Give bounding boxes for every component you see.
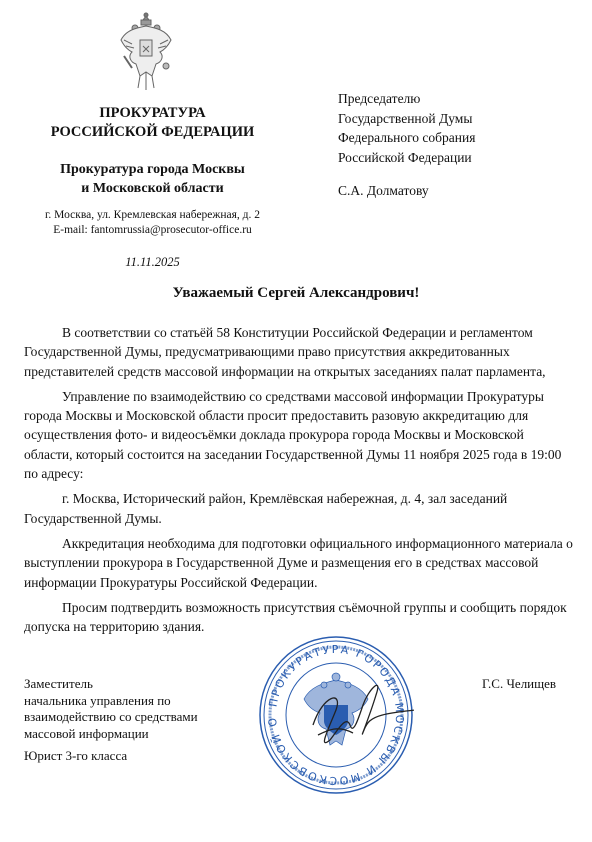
paragraph: г. Москва, Исторический район, Кремлёвск… [24, 489, 574, 528]
official-stamp-icon: ПРОКУРАТУРА ГОРОДА МОСКВЫ И МОСКОВСКОЙ О… [258, 635, 414, 795]
email-address: E-mail: fantomrussia@prosecutor-office.r… [20, 223, 285, 238]
organization-title: ПРОКУРАТУРА РОССИЙСКОЙ ФЕДЕРАЦИИ [20, 104, 285, 142]
sub-organization-title: Прокуратура города Москвы и Московской о… [20, 160, 285, 198]
coat-of-arms-icon [118, 6, 174, 96]
signatory-name: Г.С. Челищев [482, 676, 556, 692]
organization-address: г. Москва, ул. Кремлевская набережная, д… [20, 208, 285, 238]
paragraph: Управление по взаимодействию со средства… [24, 387, 574, 483]
signatory-position: Заместитель начальника управления по вза… [24, 676, 198, 765]
salutation: Уважаемый Сергей Александрович! [0, 285, 592, 302]
recipient-block: Председателю Государственной Думы Федера… [338, 89, 475, 201]
paragraph: Аккредитация необходима для подготовки о… [24, 534, 574, 592]
letter-body: В соответствии со статьёй 58 Конституции… [24, 323, 574, 642]
recipient-name: С.А. Долматову [338, 181, 475, 201]
paragraph: В соответствии со статьёй 58 Конституции… [24, 323, 574, 381]
paragraph: Просим подтвердить возможность присутств… [24, 598, 574, 637]
signatory-rank: Юрист 3-го класса [24, 748, 198, 765]
letter-date: 11.11.2025 [20, 255, 285, 270]
